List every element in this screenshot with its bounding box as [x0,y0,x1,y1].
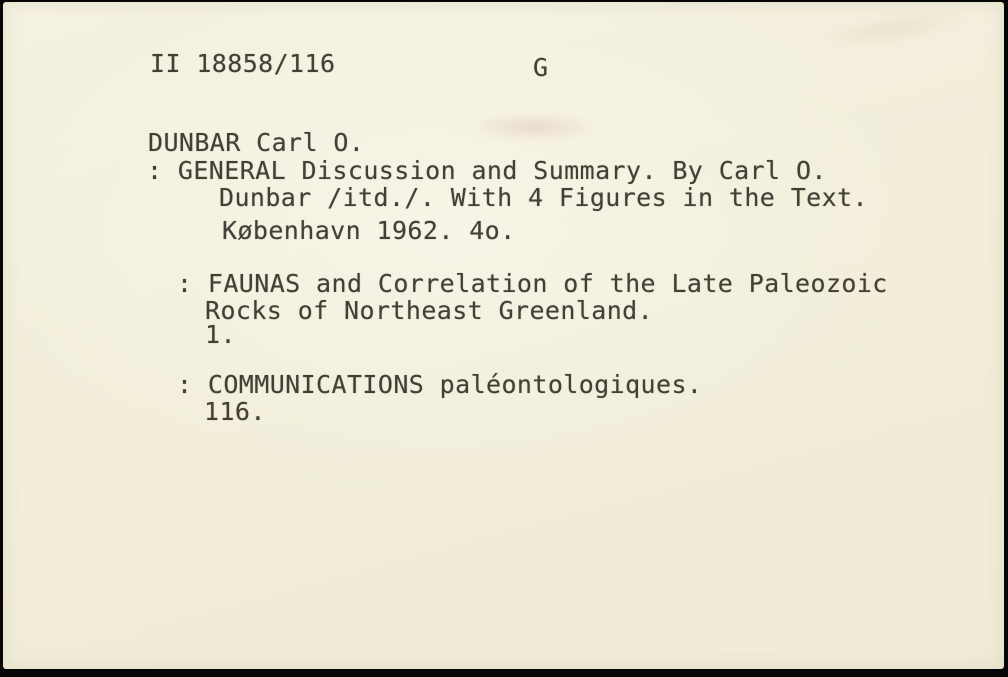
call-number: II 18858/116 [150,49,335,78]
section-letter: G [533,53,548,82]
series-entry-2-number: 116. [204,397,266,426]
series-entry-1-line-2: Rocks of Northeast Greenland. [205,296,653,325]
author-heading: DUNBAR Carl O. [148,128,364,157]
scan-background: { "document_type": "library-catalog-card… [0,0,1008,677]
series-entry-2-line-1: : COMMUNICATIONS paléontologiques. [177,370,702,399]
imprint-line: København 1962. 4o. [222,216,516,245]
catalog-card: II 18858/116 G DUNBAR Carl O. : GENERAL … [3,2,1004,669]
title-line-2: Dunbar /itd./. With 4 Figures in the Tex… [219,183,868,212]
title-line-1: : GENERAL Discussion and Summary. By Car… [147,156,827,185]
series-entry-1-line-1: : FAUNAS and Correlation of the Late Pal… [177,269,888,298]
series-entry-1-number: 1. [205,320,236,349]
ink-smudge [468,112,598,142]
paper-smudge [817,4,970,55]
